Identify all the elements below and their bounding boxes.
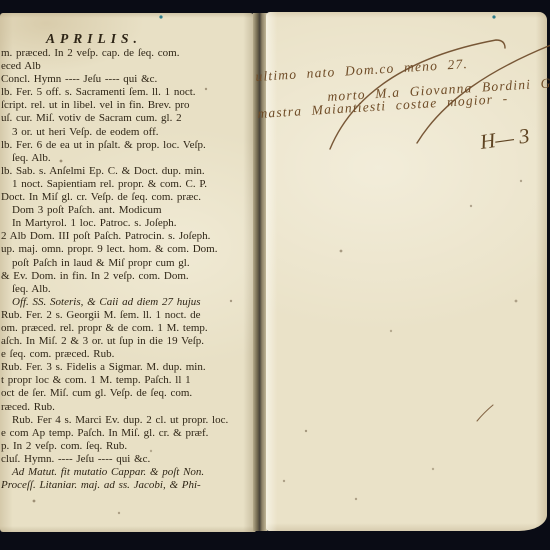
foxing-specks (0, 0, 2, 2)
book-gutter (253, 13, 267, 531)
printed-line: up. maj. omn. propr. 9 lect. hom. & com.… (1, 243, 256, 256)
printed-line: Ad Matut. fit mutatio Cappar. & poſt Non… (1, 466, 256, 479)
printed-line: Rub. Fer 4 s. Marci Ev. dup. 2 cl. ut pr… (1, 414, 256, 427)
printed-line: e com Ap temp. Paſch. In Miſ. gl. cr. & … (1, 427, 256, 440)
open-book-photo: APRILIS. m. præced. In 2 veſp. cap. de ſ… (0, 0, 550, 550)
printed-line: ſeq. Alb. (1, 283, 256, 296)
printed-line: Proceſſ. Litaniar. maj. ad ss. Jacobi, &… (1, 479, 256, 492)
printed-line: Rub. Fer. 2 s. Georgii M. ſem. ll. 1 noc… (1, 309, 256, 322)
printed-line: aſch. In Miſ. 2 & 3 or. ut ſup in die 19… (1, 335, 256, 348)
printed-line: e ſeq. com. præced. Rub. (1, 348, 256, 361)
printed-line: lb. Fer. 6 de ea ut in pſalt. & prop. lo… (1, 139, 256, 152)
printed-line: & Ev. Dom. in fin. In 2 veſp. com. Dom. (1, 270, 256, 283)
printed-line: 3 or. ut heri Veſp. de eodem off. (1, 126, 256, 139)
printed-line: m. præced. In 2 veſp. cap. de ſeq. com. (1, 47, 256, 60)
page-title: APRILIS. (46, 31, 142, 47)
printed-line: uſ. cur. Miſ. votiv de Sacram cum. gl. 2 (1, 112, 256, 125)
printed-line: t propr loc & com. 1 M. temp. Paſch. ll … (1, 374, 256, 387)
printed-line: Rub. Fer. 3 s. Fidelis a Sigmar. M. dup.… (1, 361, 256, 374)
printed-line: 1 noct. Sapientiam rel. propr. & com. C.… (1, 178, 256, 191)
printed-text-column: m. præced. In 2 veſp. cap. de ſeq. com.e… (1, 47, 256, 492)
printed-line: Concl. Hymn ---- Jeſu ---- qui &c. (1, 73, 256, 86)
printed-line: ſcript. rel. ut in libel. vel in fin. Br… (1, 99, 256, 112)
printed-line: poſt Paſch in laud & Miſ propr cum gl. (1, 257, 256, 270)
printed-line: Dom 3 poſt Paſch. ant. Modicum (1, 204, 256, 217)
printed-line: cluſ. Hymn. ---- Jeſu ---- qui &c. (1, 453, 256, 466)
printed-line: ræced. Rub. (1, 401, 256, 414)
printed-line: oct de ſer. Miſ. cum gl. Veſp. de ſeq. c… (1, 387, 256, 400)
printed-line: Doct. In Miſ gl. cr. Veſp. de ſeq. com. … (1, 191, 256, 204)
printed-line: In Martyrol. 1 loc. Patroc. s. Joſeph. (1, 217, 256, 230)
printed-line: lb. Sab. s. Anſelmi Ep. C. & Doct. dup. … (1, 165, 256, 178)
printed-line: 2 Alb Dom. III poſt Paſch. Patrocin. s. … (1, 230, 256, 243)
printed-line: lb. Fer. 5 off. s. Sacramenti ſem. ll. 1… (1, 86, 256, 99)
left-page: APRILIS. m. præced. In 2 veſp. cap. de ſ… (0, 13, 256, 532)
printed-line: Off. SS. Soteris, & Caii ad diem 27 huju… (1, 296, 256, 309)
printed-line: ſeq. Alb. (1, 152, 256, 165)
printed-line: eced Alb (1, 60, 256, 73)
printed-line: p. In 2 veſp. com. ſeq. Rub. (1, 440, 256, 453)
printed-line: om. præced. rel. propr & de com. 1 M. te… (1, 322, 256, 335)
